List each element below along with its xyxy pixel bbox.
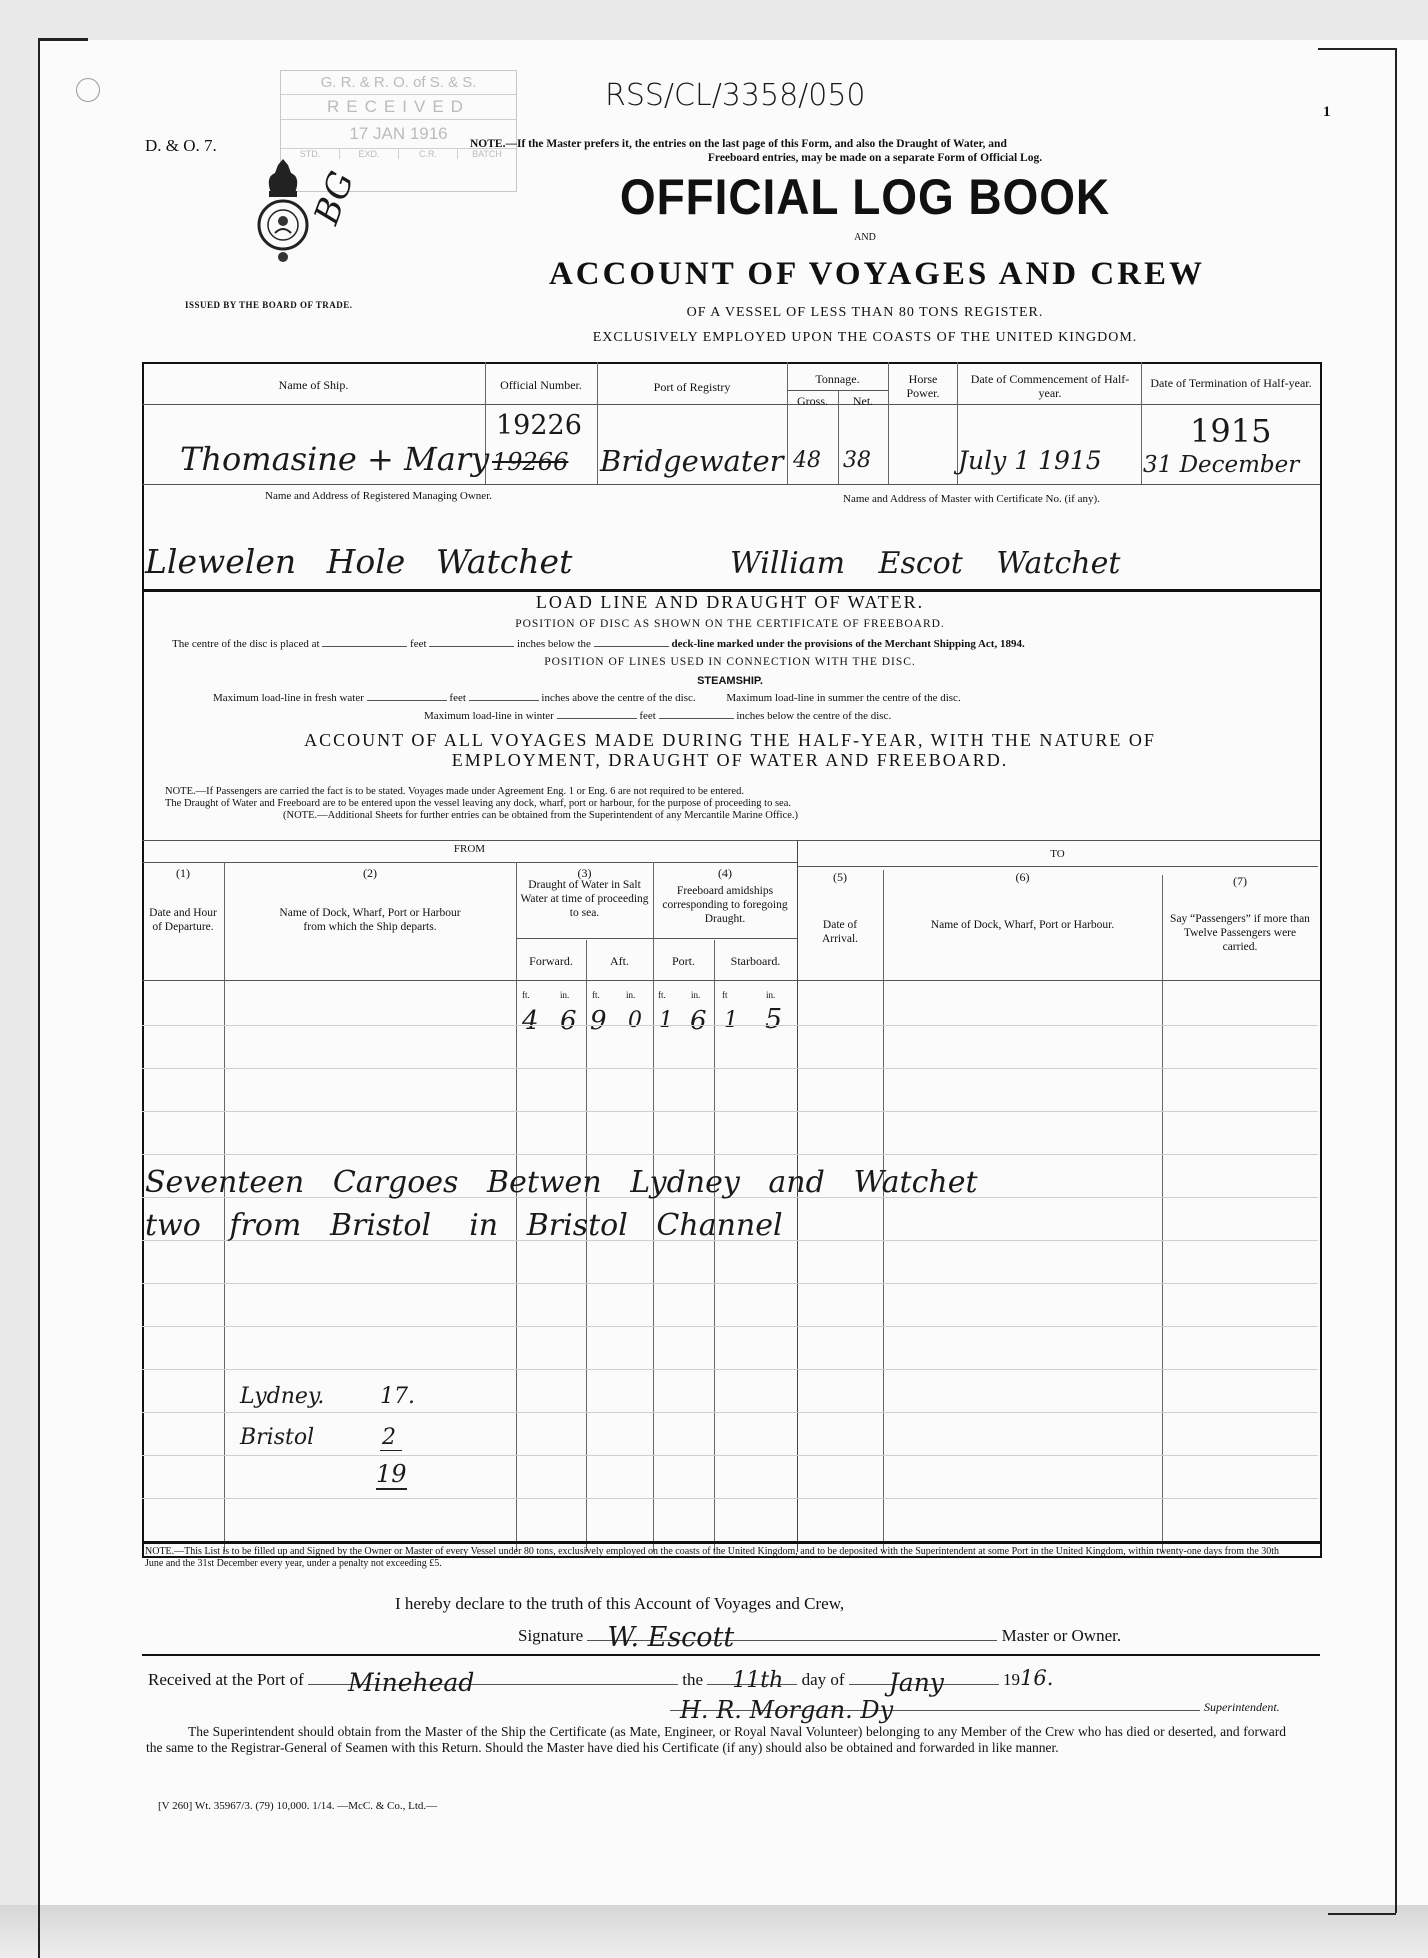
punch-hole-icon xyxy=(76,78,100,102)
unit-label: in. xyxy=(691,990,700,1000)
divider xyxy=(797,866,1318,867)
freeboard-port-in: 6 xyxy=(690,1006,707,1036)
year-suffix: 16. xyxy=(1020,1666,1053,1690)
the-label: the xyxy=(682,1670,703,1689)
ruled-line xyxy=(142,1412,1318,1413)
divider xyxy=(142,1654,1320,1656)
document-subtitle2: OF A VESSEL OF LESS THAN 80 TONS REGISTE… xyxy=(440,305,1290,321)
col6-number: (6) xyxy=(883,870,1162,884)
master-or-owner-label: Master or Owner. xyxy=(1002,1626,1121,1645)
top-note-line1: NOTE.—If the Master prefers it, the entr… xyxy=(470,137,1280,151)
voyages-note3: (NOTE.—Additional Sheets for further ent… xyxy=(165,810,1305,822)
page-edge-left xyxy=(38,40,40,1958)
owner-value: Llewelen Hole Watchet xyxy=(145,542,572,581)
draught-forward-in: 6 xyxy=(560,1006,577,1036)
voyages-note1: NOTE.—If Passengers are carried the fact… xyxy=(165,786,1305,798)
year-prefix: 19 xyxy=(1003,1670,1020,1689)
divider xyxy=(516,938,797,939)
freeboard-starboard-in: 5 xyxy=(765,1004,782,1035)
lines-heading: POSITION OF LINES USED IN CONNECTION WIT… xyxy=(142,656,1318,668)
page-number: 1 xyxy=(1323,104,1331,121)
divider xyxy=(142,404,1320,405)
disc-label: feet xyxy=(410,638,426,650)
ruled-line xyxy=(142,1111,1318,1112)
tally-total: 19 xyxy=(376,1460,407,1490)
voyages-title-line1: ACCOUNT OF ALL VOYAGES MADE DURING THE H… xyxy=(142,730,1318,750)
column-divider xyxy=(888,362,889,484)
col4-number: (4) xyxy=(653,866,797,880)
stamp-cell: EXD. xyxy=(340,149,399,159)
declaration: I hereby declare to the truth of this Ac… xyxy=(395,1594,844,1614)
ruled-line xyxy=(142,1154,1318,1155)
col3-label: Draught of Water in Salt Water at time o… xyxy=(518,878,651,920)
unit-label: in. xyxy=(626,990,635,1000)
unit-label: in. xyxy=(560,990,569,1000)
disc-position-line: The centre of the disc is placed at feet… xyxy=(172,638,1025,650)
subcol-port: Port. xyxy=(653,954,714,968)
ruled-line xyxy=(142,1326,1318,1327)
column-divider xyxy=(224,862,225,1552)
unit-label: ft. xyxy=(658,990,666,1000)
page-edge-right xyxy=(1395,48,1397,1913)
voyage-entry-line2: two from Bristol in Bristol Channel xyxy=(145,1208,783,1243)
official-number-struck: 19266 xyxy=(492,448,568,476)
col2-number: (2) xyxy=(224,866,516,880)
board-of-trade-crest-icon xyxy=(253,155,313,270)
received-label: Received at the Port of xyxy=(148,1670,304,1689)
stamp-line1: G. R. & R. O. of S. & S. xyxy=(281,71,516,95)
master-label: Name and Address of Master with Certific… xyxy=(843,493,1100,505)
unit-label: ft xyxy=(722,990,728,1000)
title-and: AND xyxy=(440,232,1290,243)
day-value: 11th xyxy=(732,1668,783,1693)
freeboard-starboard-ft: 1 xyxy=(724,1008,738,1033)
unit-label: ft. xyxy=(522,990,530,1000)
column-divider xyxy=(1162,875,1163,1552)
column-divider xyxy=(1141,362,1142,484)
col4-label: Freeboard amidships corresponding to for… xyxy=(655,884,795,926)
document-title: OFFICIAL LOG BOOK xyxy=(474,168,1256,226)
feet-label: feet xyxy=(639,710,655,722)
to-label: TO xyxy=(797,848,1318,860)
port-of-registry-value: Bridgewater xyxy=(600,444,784,478)
column-divider xyxy=(586,940,587,1552)
document-subtitle: ACCOUNT OF VOYAGES AND CREW xyxy=(462,256,1292,293)
freeboard-port-ft: 1 xyxy=(659,1008,673,1033)
header-horse-power: Horse Power. xyxy=(892,372,954,400)
form-code: D. & O. 7. xyxy=(145,136,217,156)
draught-aft-in: 0 xyxy=(628,1008,642,1033)
tally-count-1: 17. xyxy=(380,1384,415,1409)
winter-line: Maximum load-line in winter feet inches … xyxy=(424,710,891,722)
col6-label: Name of Dock, Wharf, Port or Harbour. xyxy=(930,918,1115,932)
header-net: Net. xyxy=(838,394,888,408)
signature-label: Signature xyxy=(518,1626,583,1645)
net-tonnage-value: 38 xyxy=(843,448,871,473)
printer-imprint: [V 260] Wt. 35967/3. (79) 10,000. 1/14. … xyxy=(158,1800,437,1812)
termination-year-value: 1915 xyxy=(1190,412,1271,450)
col7-number: (7) xyxy=(1162,874,1318,888)
subcol-aft: Aft. xyxy=(586,954,653,968)
termination-value: 31 December xyxy=(1143,452,1299,478)
disc-label: deck-line marked under the provisions of… xyxy=(671,638,1024,650)
tally-place-1: Lydney. xyxy=(240,1384,324,1409)
superintendent-signature: H. R. Morgan. Dy xyxy=(680,1696,893,1724)
page-edge-top xyxy=(38,38,88,41)
footer-note: NOTE.—This List is to be filled up and S… xyxy=(145,1546,1290,1570)
ruled-line xyxy=(142,1283,1318,1284)
feet-label: feet xyxy=(449,692,465,704)
ruled-line xyxy=(142,1455,1318,1456)
superintendent-instructions: The Superintendent should obtain from th… xyxy=(146,1724,1286,1756)
col5-label: Date of Arrival. xyxy=(805,918,875,946)
divider-thick xyxy=(142,1541,1320,1544)
master-signature: W. Escott xyxy=(607,1622,734,1653)
master-value: William Escot Watchet xyxy=(730,546,1120,581)
day-of-label: day of xyxy=(802,1670,845,1689)
gross-tonnage-value: 48 xyxy=(793,448,821,473)
received-line: Received at the Port of Minehead the 11t… xyxy=(148,1666,1053,1690)
unit-label: ft. xyxy=(592,990,600,1000)
stamp-cell: C.R. xyxy=(399,149,458,159)
voyages-note2: The Draught of Water and Freeboard are t… xyxy=(165,798,1305,810)
official-number-value: 19226 xyxy=(496,410,582,441)
top-note-line2: Freeboard entries, may be made on a sepa… xyxy=(470,151,1280,165)
divider xyxy=(142,484,1320,485)
summer-line-label: Maximum load-line in summer the centre o… xyxy=(726,692,960,704)
column-divider xyxy=(883,870,884,1552)
header-port-of-registry: Port of Registry xyxy=(597,380,787,394)
commencement-value: July 1 1915 xyxy=(958,446,1102,475)
page-edge-right-top xyxy=(1318,48,1397,50)
superintendent-label: Superintendent. xyxy=(1204,1700,1280,1714)
stamp-line2: RECEIVED xyxy=(281,95,516,120)
page-edge-right-bottom xyxy=(1328,1913,1396,1915)
winter-label: Maximum load-line in winter xyxy=(424,710,554,722)
superintendent-line: H. R. Morgan. Dy Superintendent. xyxy=(670,1698,1280,1716)
disc-label: inches below the xyxy=(517,638,591,650)
header-gross: Gross. xyxy=(787,394,838,408)
ship-name-value: Thomasine + Mary xyxy=(180,440,489,478)
voyages-notes: NOTE.—If Passengers are carried the fact… xyxy=(165,786,1305,822)
divider xyxy=(142,862,797,863)
tally-count-2: 2 xyxy=(380,1425,402,1451)
subcol-starboard: Starboard. xyxy=(714,954,797,968)
signature-line: Signature W. Escott Master or Owner. xyxy=(518,1626,1121,1646)
ruled-line xyxy=(142,1025,1318,1026)
divider xyxy=(516,980,797,981)
fresh-water-label: Maximum load-line in fresh water xyxy=(213,692,364,704)
disc-heading: POSITION OF DISC AS SHOWN ON THE CERTIFI… xyxy=(142,618,1318,630)
fresh-water-line: Maximum load-line in fresh water feet in… xyxy=(213,692,961,704)
received-port-value: Minehead xyxy=(348,1668,474,1697)
voyage-entry-line1: Seventeen Cargoes Betwen Lydney and Watc… xyxy=(145,1165,978,1200)
inches-label: inches above the centre of the disc. xyxy=(541,692,695,704)
unit-label: in. xyxy=(766,990,775,1000)
inches-label: inches below the centre of the disc. xyxy=(736,710,891,722)
draught-aft-ft: 9 xyxy=(590,1006,607,1036)
subcol-forward: Forward. xyxy=(516,954,586,968)
page-shadow xyxy=(0,1905,1428,1958)
col5-number: (5) xyxy=(797,870,883,884)
col7-label: Say “Passengers” if more than Twelve Pas… xyxy=(1166,912,1314,954)
col1-label: Date and Hour of Departure. xyxy=(146,906,220,934)
top-note: NOTE.—If the Master prefers it, the entr… xyxy=(470,137,1280,165)
ruled-line xyxy=(142,1498,1318,1499)
col1-number: (1) xyxy=(142,866,224,880)
load-line-title: LOAD LINE AND DRAUGHT OF WATER. xyxy=(142,592,1318,613)
header-tonnage: Tonnage. xyxy=(787,372,888,386)
divider xyxy=(787,390,888,391)
column-divider xyxy=(714,940,715,1552)
disc-label: The centre of the disc is placed at xyxy=(172,638,320,650)
voyages-title: ACCOUNT OF ALL VOYAGES MADE DURING THE H… xyxy=(142,730,1318,770)
archive-reference: RSS/CL/3358/050 xyxy=(605,78,866,113)
header-termination: Date of Termination of Half-year. xyxy=(1145,376,1317,390)
col2-label: Name of Dock, Wharf, Port or Harbour fro… xyxy=(270,906,470,934)
tally-place-2: Bristol xyxy=(240,1425,314,1450)
issued-by: ISSUED BY THE BOARD OF TRADE. xyxy=(185,300,353,310)
header-name-of-ship: Name of Ship. xyxy=(142,378,485,392)
month-value: Jany xyxy=(889,1668,944,1697)
header-commencement: Date of Commencement of Half-year. xyxy=(960,372,1140,400)
ruled-line xyxy=(142,1369,1318,1370)
document-subtitle3: EXCLUSIVELY EMPLOYED UPON THE COASTS OF … xyxy=(440,330,1290,346)
steamship-label: STEAMSHIP. xyxy=(142,675,1318,687)
divider xyxy=(142,840,1320,841)
from-label: FROM xyxy=(142,843,797,855)
voyages-title-line2: EMPLOYMENT, DRAUGHT OF WATER AND FREEBOA… xyxy=(142,750,1318,770)
ruled-line xyxy=(142,1068,1318,1069)
owner-label: Name and Address of Registered Managing … xyxy=(265,490,492,502)
header-official-number: Official Number. xyxy=(485,378,597,392)
draught-forward-ft: 4 xyxy=(522,1006,539,1036)
